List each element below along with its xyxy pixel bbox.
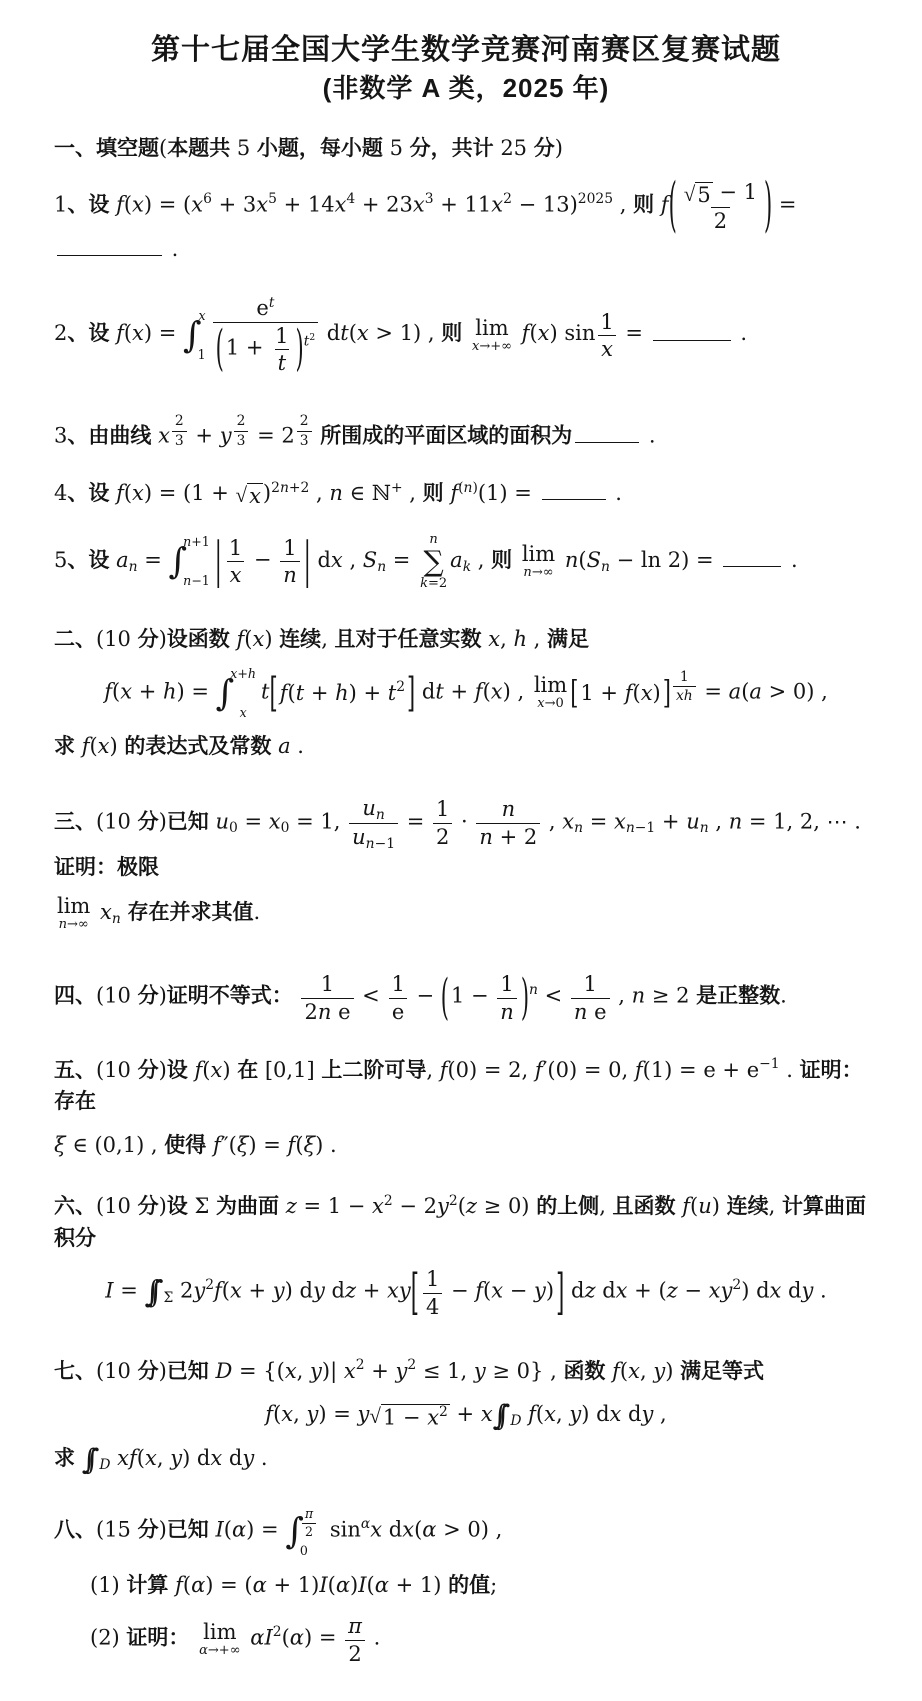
radical-sign: √ <box>236 483 248 508</box>
exam-subtitle: (非数学 A 类，2025 年) <box>54 72 878 106</box>
superscript: t2 <box>304 333 315 350</box>
left-delimiter: [ <box>270 673 278 713</box>
fraction: nn + 2 <box>476 796 540 850</box>
over-under: limn→∞ <box>522 543 555 581</box>
section-7-line-1: 七、(10 分)已知 D = {(x, y)| x2 + y2 ≤ 1, y ≥… <box>54 1356 878 1388</box>
superscript: 2 <box>384 1194 393 1209</box>
fraction: 1e <box>388 971 407 1025</box>
over-under: limx→0 <box>534 674 567 712</box>
fraction: 23 <box>172 412 187 450</box>
answer-blank <box>723 548 781 567</box>
section-8: 八、(15 分)已知 I(α) = ∫π20 sinαx dx(α > 0) ,… <box>54 1506 878 1667</box>
superscript: 2 <box>205 1278 214 1293</box>
over-under: n∑k=2 <box>420 532 447 592</box>
superscript: 3 <box>425 192 434 207</box>
subscript: Σ <box>163 1291 173 1306</box>
subscript: k <box>463 560 471 575</box>
subscript: n−1 <box>626 821 655 836</box>
superscript: 2 <box>273 1625 282 1640</box>
right-delimiter: ] <box>407 673 415 713</box>
double-integral: ∫∫ <box>145 1278 164 1308</box>
question-2-line-1: 2、设 f(x) = ∫x1et(1 + 1t)t2 dt(x > 1) , 则… <box>54 295 878 376</box>
superscript: n <box>529 983 538 998</box>
integral-bounds: π20 <box>300 1506 318 1558</box>
integral-bounds: x+hx <box>230 668 256 720</box>
section-5: 五、(10 分)设 f(x) 在 [0,1] 上二阶可导, f(0) = 2, … <box>54 1055 878 1162</box>
left-delimiter: ( <box>216 325 224 373</box>
left-delimiter: ( <box>441 974 449 1022</box>
big-operator: ∑ <box>424 548 444 576</box>
fenced-group: [f(t + h) + t2] <box>270 678 416 710</box>
fraction: 1n e <box>571 971 610 1025</box>
section-2-line-2: f(x + h) = ∫x+hxt[f(t + h) + t2] dt + f(… <box>54 668 878 720</box>
fenced-group: |1x − 1n| <box>215 535 311 589</box>
fraction: 1x <box>226 535 245 589</box>
double-integral: ∫∫ <box>82 1446 100 1474</box>
section-7-line-2: f(x, y) = y√1 − x2 + x∫∫D f(x, y) dx dy … <box>54 1399 878 1431</box>
question-2: 2、设 f(x) = ∫x1et(1 + 1t)t2 dt(x > 1) , 则… <box>54 295 878 376</box>
section-8-line-2: (1) 计算 f(α) = (α + 1)I(α)I(α + 1) 的值; <box>54 1570 878 1602</box>
fraction: 12 <box>433 796 452 850</box>
subscript: n <box>377 560 386 575</box>
subscript: n <box>112 912 121 927</box>
subscript: n <box>700 821 709 836</box>
question-5: 5、设 an = ∫n+1n−1|1x − 1n| dx , Sn = n∑k=… <box>54 532 878 592</box>
right-delimiter: ] <box>556 1269 564 1317</box>
subscript: n <box>376 808 385 823</box>
section-8-line-3: (2) 证明： limα→+∞ αI2(α) = π2 . <box>54 1613 878 1667</box>
superscript: −1 <box>759 1057 779 1072</box>
fenced-group: [1 + f(x)] <box>570 678 671 710</box>
superscript: 2 <box>407 1358 416 1373</box>
superscript: 1xh <box>671 668 698 706</box>
section-6: 六、(10 分)设 Σ 为曲面 z = 1 − x2 − 2y2(z ≥ 0) … <box>54 1191 878 1320</box>
superscript: 2025 <box>578 192 613 207</box>
superscript: 23 <box>170 412 189 450</box>
question-1: 1、设 f(x) = (x6 + 3x5 + 14x4 + 23x3 + 11x… <box>54 179 878 266</box>
section-3-line-2: limn→∞ xn 存在并求其值. <box>54 895 878 933</box>
fenced-group: [14 − f(x − y)] <box>411 1266 565 1320</box>
question-4: 4、设 f(x) = (1 + √x)2n+2 , n ∈ ℕ+ , 则 f(n… <box>54 478 878 510</box>
fraction: 1xh <box>673 668 696 706</box>
section-1-header: 一、填空题(本题共 5 小题，每小题 5 分，共计 25 分) <box>54 133 878 165</box>
section-3-line-1: 三、(10 分)已知 u0 = x0 = 1, unun−1 = 12 · nn… <box>54 795 878 884</box>
answer-blank <box>57 237 162 256</box>
integral-bounds: n+1n−1 <box>183 536 210 588</box>
fraction: 12n e <box>301 971 353 1025</box>
left-delimiter: | <box>215 538 222 586</box>
subscript: 0 <box>229 821 238 836</box>
section-7: 七、(10 分)已知 D = {(x, y)| x2 + y2 ≤ 1, y ≥… <box>54 1356 878 1475</box>
superscript: 2n+2 <box>271 481 309 496</box>
fraction: π2 <box>345 1613 365 1667</box>
radical-sign: √ <box>369 1404 381 1430</box>
superscript: 5 <box>268 192 277 207</box>
section-7-line-3: 求 ∫∫D xf(x, y) dx dy . <box>54 1443 878 1475</box>
sqrt: √x <box>236 483 263 508</box>
sqrt: √5 <box>684 182 713 207</box>
section-8-line-1: 八、(15 分)已知 I(α) = ∫π20 sinαx dx(α > 0) , <box>54 1506 878 1558</box>
section-4: 四、(10 分)证明不等式： 12n e < 1e − (1 − 1n)n < … <box>54 971 878 1025</box>
section-2: 二、(10 分)设函数 f(x) 连续, 且对于任意实数 x, h , 满足f(… <box>54 624 878 763</box>
section-3: 三、(10 分)已知 u0 = x0 = 1, unun−1 = 12 · nn… <box>54 795 878 934</box>
answer-blank <box>575 424 639 443</box>
subscript: n−1 <box>366 837 395 852</box>
right-delimiter: ) <box>764 177 772 236</box>
exam-body: 一、填空题(本题共 5 小题，每小题 5 分，共计 25 分)1、设 f(x) … <box>54 133 878 1666</box>
subscript: n <box>601 560 610 575</box>
superscript: + <box>391 481 403 496</box>
integral-bounds: x1 <box>198 310 206 362</box>
subscript: D <box>510 1414 521 1429</box>
right-delimiter: | <box>304 538 311 586</box>
left-delimiter: [ <box>570 678 578 710</box>
sqrt: √1 − x2 <box>369 1404 450 1430</box>
question-3: 3、由曲线 x23 + y23 = 223 所围成的平面区域的面积为 . <box>54 412 878 452</box>
fraction: 14 <box>423 1266 442 1320</box>
superscript: t <box>269 296 275 311</box>
left-delimiter: ( <box>669 177 677 236</box>
fenced-group: (1 + 1t) <box>216 323 304 377</box>
superscript: 2 <box>503 192 512 207</box>
question-4-line-1: 4、设 f(x) = (1 + √x)2n+2 , n ∈ ℕ+ , 则 f(n… <box>54 478 878 510</box>
radical-sign: √ <box>684 182 696 207</box>
over-under: limα→+∞ <box>199 1621 240 1659</box>
question-1-line-1: 1、设 f(x) = (x6 + 3x5 + 14x4 + 23x3 + 11x… <box>54 179 878 266</box>
superscript: 2 <box>732 1278 741 1293</box>
fenced-group: (1 − 1n) <box>441 971 529 1025</box>
section-1-header-line-1: 一、填空题(本题共 5 小题，每小题 5 分，共计 25 分) <box>54 133 878 165</box>
superscript: 23 <box>232 412 251 450</box>
superscript: 2 <box>309 333 315 343</box>
superscript: 2 <box>449 1194 458 1209</box>
exam-page: 第十七届全国大学生数学竞赛河南赛区复赛试题 (非数学 A 类，2025 年) 一… <box>0 0 922 1701</box>
section-2-line-3: 求 f(x) 的表达式及常数 a . <box>54 731 878 763</box>
question-5-line-1: 5、设 an = ∫n+1n−1|1x − 1n| dx , Sn = n∑k=… <box>54 532 878 592</box>
fraction: 1n <box>497 971 517 1025</box>
answer-blank <box>542 481 606 500</box>
subscript: n <box>129 560 138 575</box>
exam-title: 第十七届全国大学生数学竞赛河南赛区复赛试题 <box>54 32 878 70</box>
superscript: α <box>361 1517 370 1532</box>
right-delimiter: ) <box>296 325 304 373</box>
superscript: 2 <box>439 1405 448 1420</box>
over-under: limn→∞ <box>57 895 90 933</box>
fraction: 1t <box>272 323 291 377</box>
superscript: 2 <box>356 1358 365 1373</box>
section-5-line-1: 五、(10 分)设 f(x) 在 [0,1] 上二阶可导, f(0) = 2, … <box>54 1055 878 1118</box>
fraction: unun−1 <box>349 795 398 852</box>
answer-blank <box>653 322 731 341</box>
section-4-line-1: 四、(10 分)证明不等式： 12n e < 1e − (1 − 1n)n < … <box>54 971 878 1025</box>
fraction: et(1 + 1t)t2 <box>213 295 318 376</box>
over-under: limx→+∞ <box>472 317 512 355</box>
superscript: 2 <box>396 680 405 695</box>
fraction: 1x <box>597 309 616 363</box>
right-delimiter: ) <box>521 974 529 1022</box>
section-6-line-1: 六、(10 分)设 Σ 为曲面 z = 1 − x2 − 2y2(z ≥ 0) … <box>54 1191 878 1254</box>
subscript: n <box>574 821 583 836</box>
question-3-line-1: 3、由曲线 x23 + y23 = 223 所围成的平面区域的面积为 . <box>54 412 878 452</box>
superscript: 23 <box>295 412 314 450</box>
superscript: 4 <box>346 192 355 207</box>
section-2-line-1: 二、(10 分)设函数 f(x) 连续, 且对于任意实数 x, h , 满足 <box>54 624 878 656</box>
subscript: D <box>99 1458 110 1473</box>
fraction: 23 <box>234 412 249 450</box>
section-5-line-2: ξ ∈ (0,1) , 使得 f″(ξ) = f(ξ) . <box>54 1130 878 1162</box>
fraction: π2 <box>302 1506 316 1540</box>
superscript: 6 <box>203 192 212 207</box>
fraction: √5 − 12 <box>681 179 760 234</box>
fraction: 1n <box>280 535 300 589</box>
superscript: (n) <box>458 481 478 496</box>
right-delimiter: ] <box>663 678 671 710</box>
fenced-group: (√5 − 12) <box>669 179 773 234</box>
section-6-line-2: I = ∫∫Σ 2y2f(x + y) dy dz + xy[14 − f(x … <box>54 1266 878 1320</box>
left-delimiter: [ <box>411 1269 419 1317</box>
fraction: 23 <box>297 412 312 450</box>
double-integral: ∫∫ <box>493 1402 511 1430</box>
